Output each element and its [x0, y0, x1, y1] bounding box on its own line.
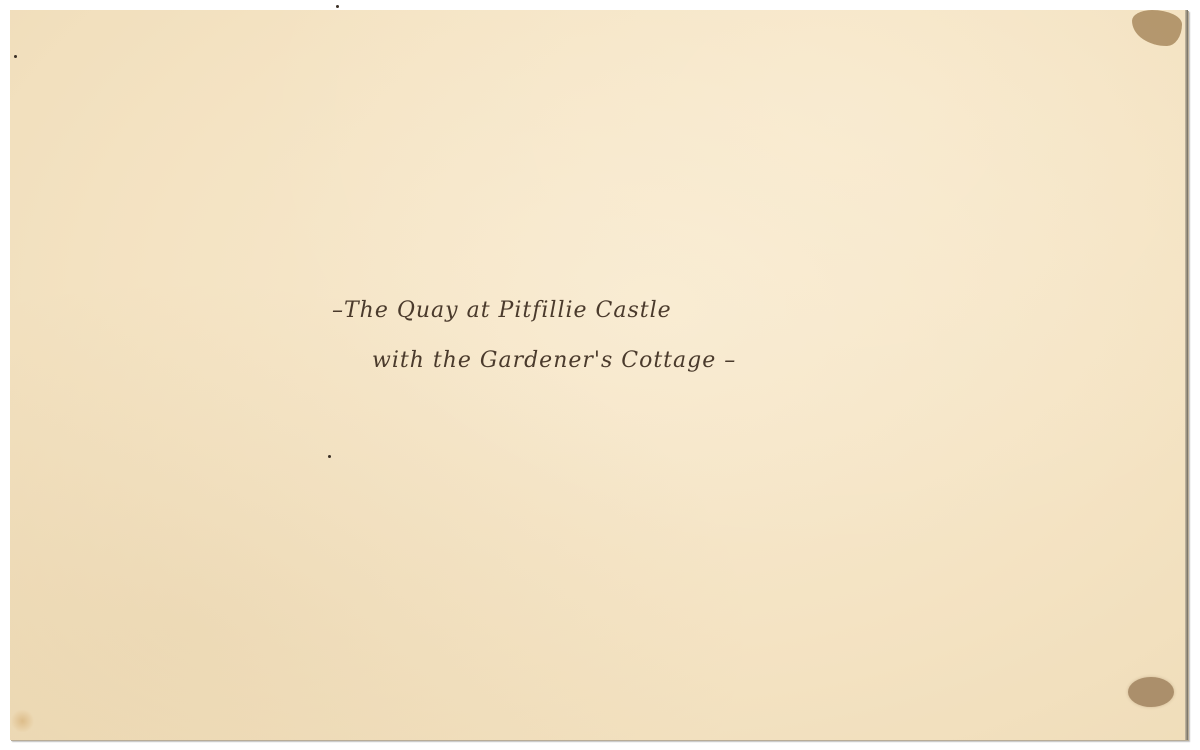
ink-speck [336, 5, 339, 8]
inscription-line-1: –The Quay at Pitfillie Castle [332, 286, 752, 336]
paper-edge [1185, 10, 1188, 740]
ink-speck [14, 55, 17, 58]
ink-speck [328, 455, 331, 458]
inscription: –The Quay at Pitfillie Castle with the G… [332, 286, 752, 386]
stain-top-right [1132, 10, 1182, 46]
stain-bottom-left [10, 710, 35, 732]
inscription-line-2: with the Gardener's Cottage – [332, 336, 752, 386]
stain-bottom-right [1128, 677, 1174, 707]
paper-sheet: –The Quay at Pitfillie Castle with the G… [10, 10, 1188, 740]
